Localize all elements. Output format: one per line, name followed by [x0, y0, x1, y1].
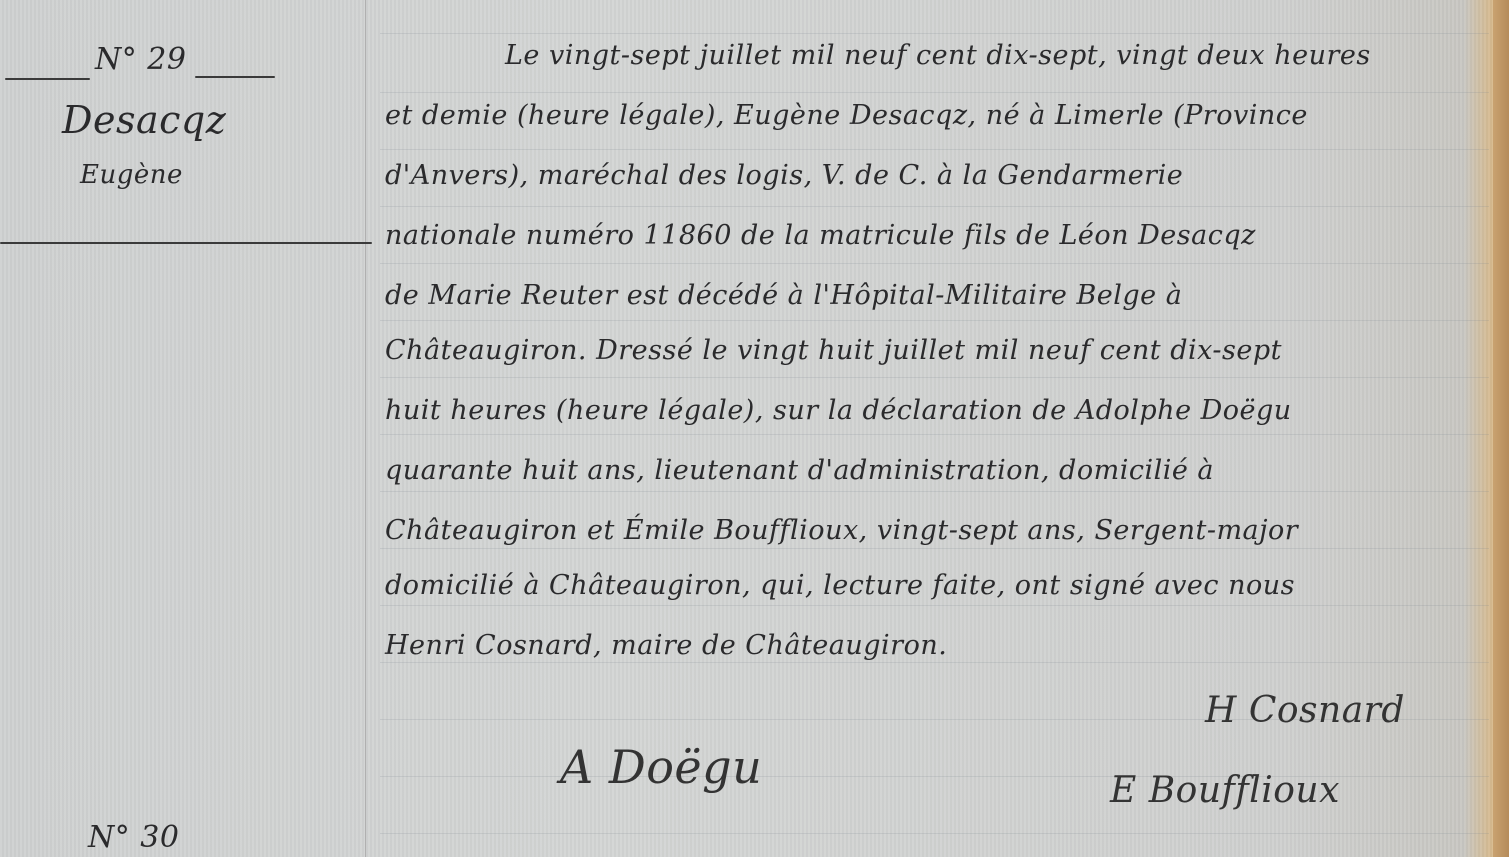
text-line-4: nationale numéro 11860 de la matricule f…	[385, 220, 1256, 251]
margin-rule-right	[195, 76, 275, 78]
margin-surname: Desacqz	[62, 98, 226, 142]
margin-divider	[365, 0, 366, 857]
text-line-1: Le vingt-sept juillet mil neuf cent dix-…	[505, 40, 1371, 71]
text-line-10: domicilié à Châteaugiron, qui, lecture f…	[385, 570, 1295, 601]
signature-declarant-1: A Doëgu	[560, 740, 762, 794]
register-page: N° 29 Desacqz Eugène N° 30 Le vingt-sept…	[0, 0, 1509, 857]
text-line-2: et demie (heure légale), Eugène Desacqz,…	[385, 100, 1308, 131]
book-binding-edge	[1493, 0, 1509, 857]
signature-mayor: H Cosnard	[1205, 690, 1405, 731]
text-line-8: quarante huit ans, lieutenant d'administ…	[385, 455, 1214, 486]
text-line-9: Châteaugiron et Émile Boufflioux, vingt-…	[385, 515, 1298, 546]
signature-declarant-2: E Boufflioux	[1110, 770, 1340, 811]
text-line-5: de Marie Reuter est décédé à l'Hôpital-M…	[385, 280, 1182, 311]
text-line-11: Henri Cosnard, maire de Châteaugiron.	[385, 630, 947, 661]
text-line-3: d'Anvers), maréchal des logis, V. de C. …	[385, 160, 1183, 191]
text-line-6: Châteaugiron. Dressé le vingt huit juill…	[385, 335, 1282, 366]
next-entry-number: N° 30	[88, 820, 179, 855]
text-line-7: huit heures (heure légale), sur la décla…	[385, 395, 1292, 426]
margin-rule-bottom	[0, 242, 372, 244]
margin-given-name: Eugène	[80, 160, 183, 190]
entry-number: N° 29	[95, 42, 186, 77]
margin-rule-left	[5, 78, 90, 80]
